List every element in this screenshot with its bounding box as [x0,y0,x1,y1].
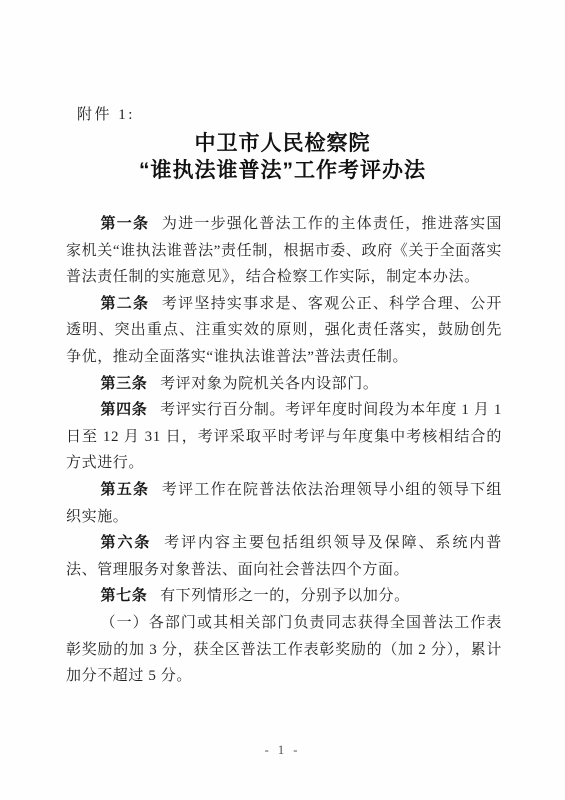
title-line-1: 中卫市人民检察院 [0,130,565,157]
article-7-label: 第七条 [101,587,148,604]
title-line-2: “谁执法谁普法”工作考评办法 [0,157,565,184]
page-number: - 1 - [0,743,565,758]
article-6: 第六条考评内容主要包括组织领导及保障、系统内普法、管理服务对象普法、面向社会普法… [66,530,502,583]
article-3-label: 第三条 [101,375,148,392]
article-5-label: 第五条 [101,481,150,498]
article-3: 第三条考评对象为院机关各内设部门。 [66,371,502,398]
article-5: 第五条考评工作在院普法依法治理领导小组的领导下组织实施。 [66,477,502,530]
clause-item-1-label: （一） [101,615,149,631]
article-4: 第四条考评实行百分制。考评年度时间段为本年度 1 月 1 日至 12 月 31 … [66,397,502,477]
article-7-text: 有下列情形之一的，分别予以加分。 [160,588,410,604]
article-4-label: 第四条 [101,401,148,418]
article-1-label: 第一条 [101,215,150,232]
document-page: 附件 1: 中卫市人民检察院 “谁执法谁普法”工作考评办法 第一条为进一步强化普… [0,0,565,800]
article-3-text: 考评对象为院机关各内设部门。 [160,376,378,392]
attachment-label: 附件 1: [77,103,135,124]
document-title: 中卫市人民检察院 “谁执法谁普法”工作考评办法 [0,130,565,184]
article-2: 第二条考评坚持实事求是、客观公正、科学合理、公开透明、突出重点、注重实效的原则，… [66,291,502,371]
article-7: 第七条有下列情形之一的，分别予以加分。 [66,583,502,610]
article-1: 第一条为进一步强化普法工作的主体责任，推进落实国家机关“谁执法谁普法”责任制，根… [66,211,502,291]
document-body: 第一条为进一步强化普法工作的主体责任，推进落实国家机关“谁执法谁普法”责任制，根… [66,211,502,690]
article-6-label: 第六条 [101,534,152,551]
article-2-label: 第二条 [101,295,150,312]
clause-item-1: （一）各部门或其相关部门负责同志获得全国普法工作表彰奖励的加 3 分，获全区普法… [66,610,502,690]
